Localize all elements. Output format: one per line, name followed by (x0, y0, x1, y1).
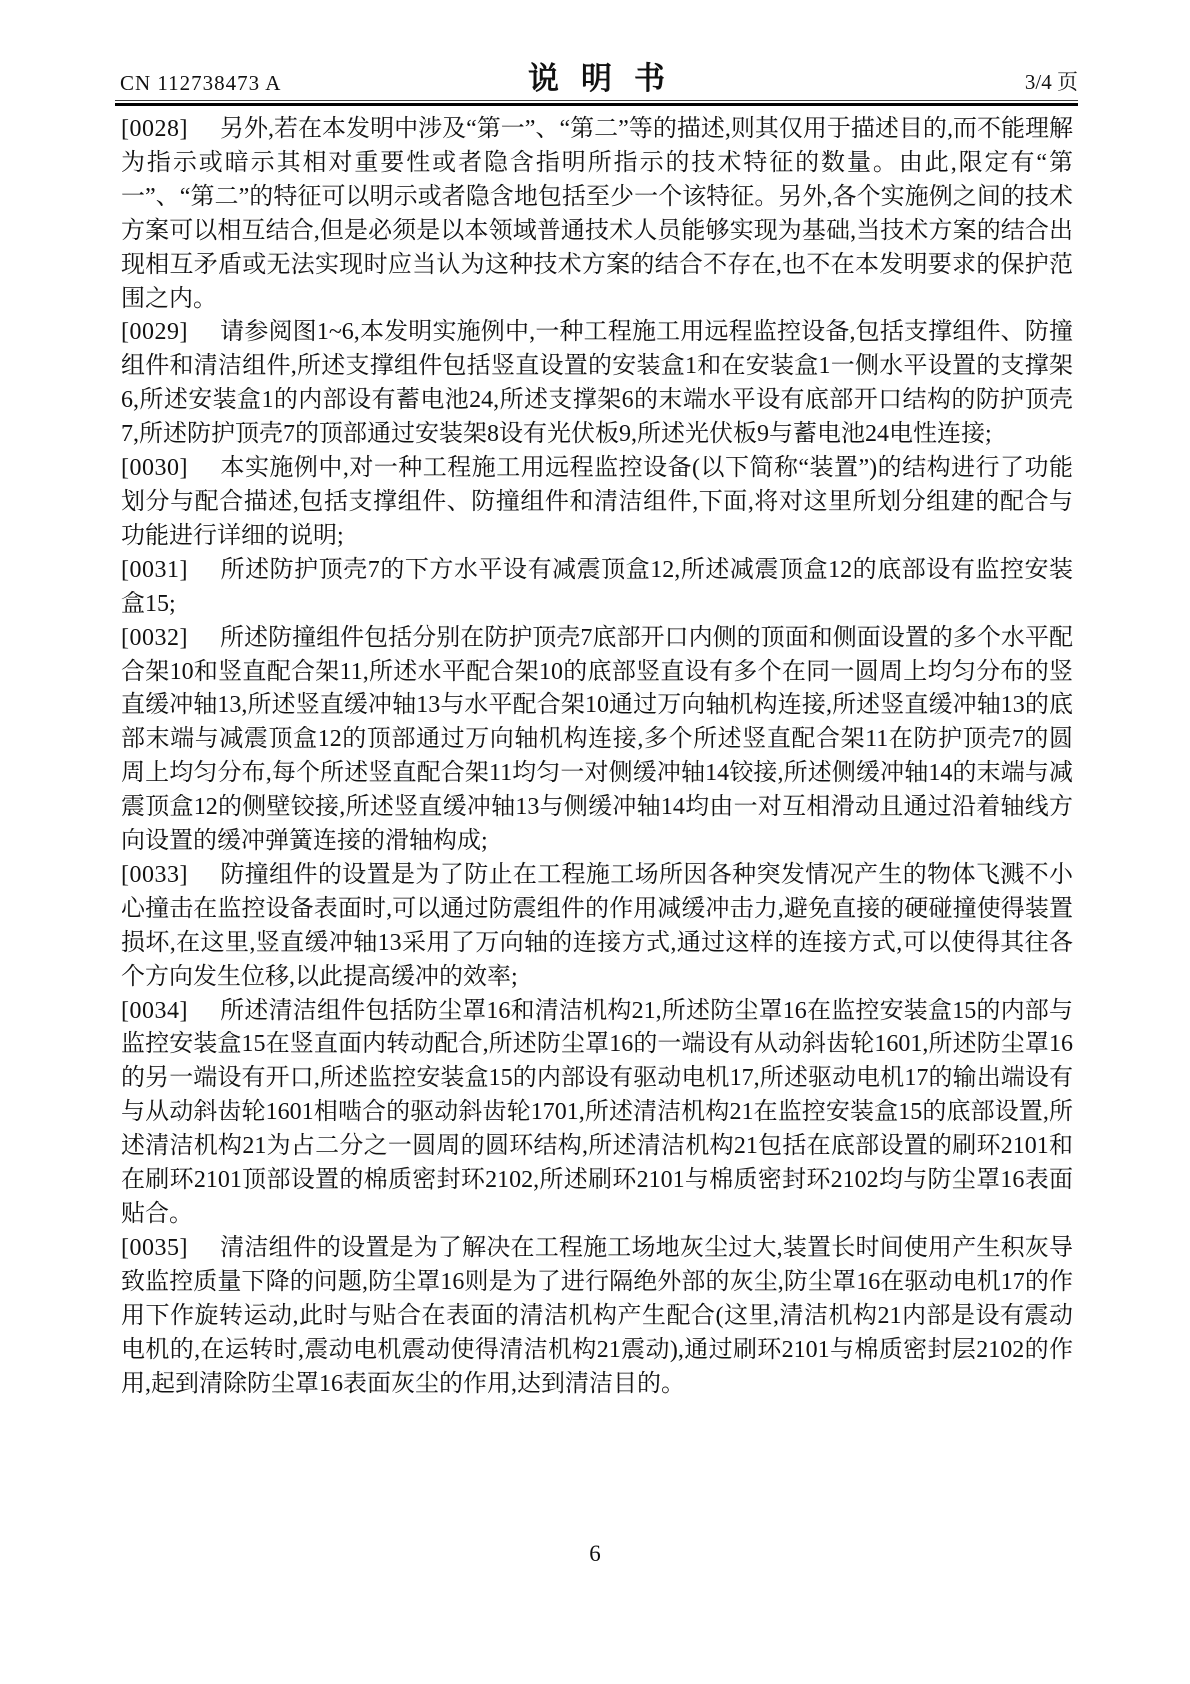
paragraph-0028: [0028]另外,若在本发明中涉及“第一”、“第二”等的描述,则其仅用于描述目的… (121, 113, 1073, 316)
publication-number: CN 112738473 A (120, 71, 281, 96)
patent-description-page: CN 112738473 A 说明书 3/4 页 [0028]另外,若在本发明中… (0, 0, 1190, 1684)
paragraph-0031: [0031]所述防护顶壳7的下方水平设有减震顶盒12,所述减震顶盒12的底部设有… (121, 554, 1073, 622)
page-indicator: 3/4 页 (1025, 66, 1078, 96)
paragraph-text: 防撞组件的设置是为了防止在工程施工场所因各种突发情况产生的物体飞溅不小心撞击在监… (121, 862, 1073, 990)
paragraph-text: 所述防护顶壳7的下方水平设有减震顶盒12,所述减震顶盒12的底部设有监控安装盒1… (121, 557, 1073, 617)
header-divider (115, 100, 1078, 106)
paragraph-text: 另外,若在本发明中涉及“第一”、“第二”等的描述,则其仅用于描述目的,而不能理解… (121, 116, 1073, 312)
paragraph-number: [0028] (121, 113, 188, 147)
document-body: [0028]另外,若在本发明中涉及“第一”、“第二”等的描述,则其仅用于描述目的… (121, 113, 1073, 1401)
paragraph-0033: [0033]防撞组件的设置是为了防止在工程施工场所因各种突发情况产生的物体飞溅不… (121, 859, 1073, 995)
paragraph-number: [0034] (121, 995, 188, 1029)
paragraph-text: 请参阅图1~6,本发明实施例中,一种工程施工用远程监控设备,包括支撑组件、防撞组… (121, 319, 1073, 447)
paragraph-0035: [0035]清洁组件的设置是为了解决在工程施工场地灰尘过大,装置长时间使用产生积… (121, 1232, 1073, 1402)
paragraph-0034: [0034]所述清洁组件包括防尘罩16和清洁机构21,所述防尘罩16在监控安装盒… (121, 995, 1073, 1232)
page-number: 6 (589, 1541, 601, 1566)
paragraph-number: [0029] (121, 316, 188, 350)
paragraph-text: 本实施例中,对一种工程施工用远程监控设备(以下简称“装置”)的结构进行了功能划分… (121, 455, 1073, 549)
paragraph-number: [0031] (121, 554, 188, 588)
paragraph-text: 所述防撞组件包括分别在防护顶壳7底部开口内侧的顶面和侧面设置的多个水平配合架10… (121, 625, 1073, 854)
paragraph-number: [0030] (121, 452, 188, 486)
paragraph-0030: [0030]本实施例中,对一种工程施工用远程监控设备(以下简称“装置”)的结构进… (121, 452, 1073, 554)
paragraph-0032: [0032]所述防撞组件包括分别在防护顶壳7底部开口内侧的顶面和侧面设置的多个水… (121, 622, 1073, 859)
page-title: 说明书 (506, 53, 687, 98)
paragraph-number: [0033] (121, 859, 188, 893)
paragraph-0029: [0029]请参阅图1~6,本发明实施例中,一种工程施工用远程监控设备,包括支撑… (121, 316, 1073, 452)
paragraph-text: 所述清洁组件包括防尘罩16和清洁机构21,所述防尘罩16在监控安装盒15的内部与… (121, 998, 1073, 1227)
paragraph-number: [0032] (121, 622, 188, 656)
paragraph-number: [0035] (121, 1232, 188, 1266)
paragraph-text: 清洁组件的设置是为了解决在工程施工场地灰尘过大,装置长时间使用产生积灰导致监控质… (121, 1235, 1073, 1397)
page-header: CN 112738473 A 说明书 3/4 页 (115, 58, 1078, 98)
page-footer: 6 (0, 1541, 1190, 1567)
